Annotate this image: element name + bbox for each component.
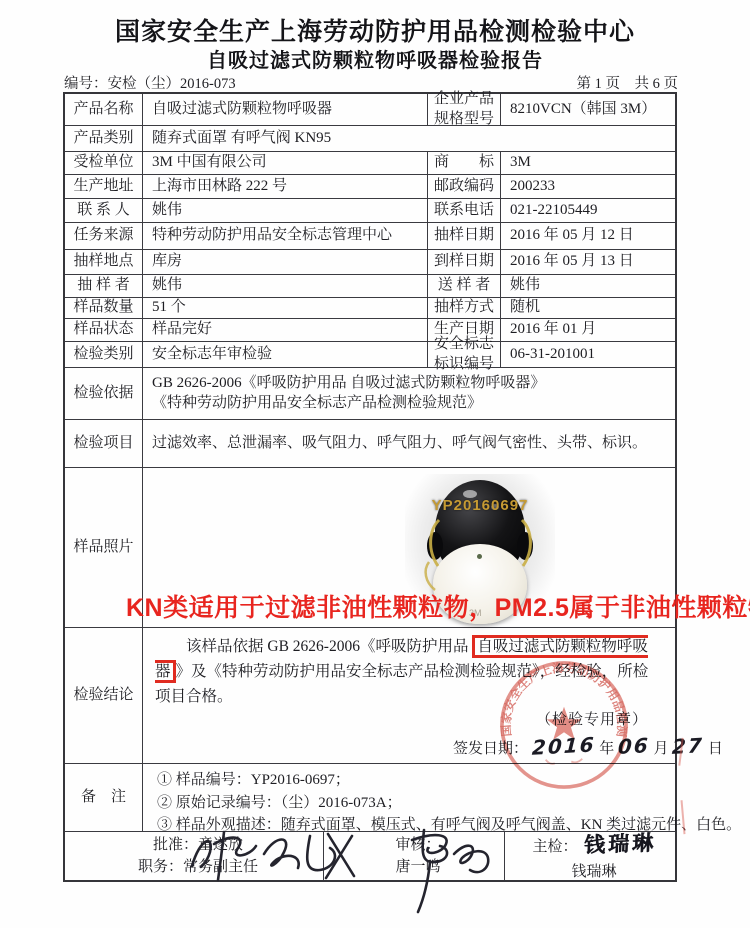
role-label: 职务：	[138, 859, 183, 875]
inspected-unit-label: 受检单位	[65, 152, 142, 174]
quantity-value: 51 个	[142, 298, 427, 318]
task-source-value: 特种劳动防护用品安全标志管理中心	[142, 223, 427, 249]
sign-date-label: 签发日期：	[453, 741, 528, 757]
contact-label: 联 系 人	[65, 199, 142, 222]
quantity-label: 样品数量	[65, 298, 142, 318]
sampling-date-label: 抽样日期	[427, 223, 500, 249]
chief-name-printed: 钱瑞琳	[571, 861, 616, 884]
document-number: 编号：安检（尘）2016-073	[64, 72, 236, 93]
postcode-label: 邮政编码	[427, 175, 500, 198]
contact-value: 姚伟	[142, 199, 427, 222]
photo-watermark: YP20160697	[405, 496, 555, 516]
category-label: 产品类别	[65, 126, 142, 151]
spec-label: 企业产品规格型号	[427, 94, 500, 125]
center-name-title: 国家安全生产上海劳动防护用品检测检验中心	[0, 12, 750, 48]
table-row: 产品名称 自吸过滤式防颗粒物呼吸器 企业产品规格型号 8210VCN（韩国 3M…	[65, 94, 675, 125]
chief-label: 主检：	[532, 839, 577, 855]
trademark-value: 3M	[500, 152, 675, 174]
sampler-value: 姚伟	[142, 275, 427, 297]
remark-item-2: ② 原始记录编号：（尘）2016-073A；	[157, 792, 741, 815]
chief-line: 主检：钱瑞琳	[532, 829, 655, 861]
trademark-label: 商 标	[427, 152, 500, 174]
role-line: 职务：常务副主任	[138, 856, 258, 879]
conclusion-pre: 该样品依据 GB 2626-2006《呼吸防护用品	[186, 638, 472, 655]
approve-label: 批准：	[153, 837, 198, 853]
sender-value: 姚伟	[500, 275, 675, 297]
approver-line: 批准：童遂放	[153, 834, 243, 857]
table-row: 抽 样 者 姚伟 送 样 者 姚伟	[65, 274, 675, 297]
mark-no-value: 06-31-201001	[500, 342, 675, 367]
table-row: 产品类别 随弃式面罩 有呼气阀 KN95	[65, 125, 675, 151]
items-value: 过滤效率、总泄漏率、吸气阻力、呼气阻力、呼气阀气密性、头带、标识。	[142, 420, 675, 467]
approve-name: 童遂放	[198, 837, 243, 853]
day-unit: 日	[708, 741, 723, 757]
basis-line-2: 《特种劳动防护用品安全标志产品检测检验规范》	[152, 394, 482, 414]
sample-state-label: 样品状态	[65, 319, 142, 341]
conclusion-label: 检验结论	[65, 628, 142, 763]
inspection-type-label: 检验类别	[65, 342, 142, 367]
sampling-method-label: 抽样方式	[427, 298, 500, 318]
table-row: 生产地址 上海市田林路 222 号 邮政编码 200233	[65, 174, 675, 198]
phone-label: 联系电话	[427, 199, 500, 222]
table-row: 检验依据 GB 2626-2006《呼吸防护用品 自吸过滤式防颗粒物呼吸器》 《…	[65, 367, 675, 419]
sampling-place-label: 抽样地点	[65, 250, 142, 274]
conclusion-cell: 该样品依据 GB 2626-2006《呼吸防护用品 自吸过滤式防颗粒物呼吸器》及…	[142, 628, 675, 763]
arrival-date-value: 2016 年 05 月 13 日	[500, 250, 675, 274]
page-number-info: 第 1 页 共 6 页	[577, 72, 679, 93]
table-row: 检验项目 过滤效率、总泄漏率、吸气阻力、呼气阻力、呼气阀气密性、头带、标识。	[65, 419, 675, 467]
product-name-label: 产品名称	[65, 94, 142, 125]
mark-no-label: 安全标志标识编号	[427, 342, 500, 367]
table-row: 抽样地点 库房 到样日期 2016 年 05 月 13 日	[65, 249, 675, 274]
sampling-method-value: 随机	[500, 298, 675, 318]
review-label: 审核：	[395, 834, 440, 857]
table-row: 受检单位 3M 中国有限公司 商 标 3M	[65, 151, 675, 174]
chief-inspector-cell: 主检：钱瑞琳 钱瑞琳	[504, 832, 675, 880]
conclusion-post: 》及《特种劳动防护用品安全标志产品检测检验规范》，经检验，所检项目合格。	[155, 663, 648, 705]
sampling-date-value: 2016 年 05 月 12 日	[500, 223, 675, 249]
handwritten-year: 2016	[531, 728, 596, 763]
basis-line-1: GB 2626-2006《呼吸防护用品 自吸过滤式防颗粒物呼吸器》	[152, 374, 545, 394]
handwritten-month: 06	[617, 729, 650, 763]
spec-value: 8210VCN（韩国 3M）	[500, 94, 675, 125]
sampler-label: 抽 样 者	[65, 275, 142, 297]
postcode-value: 200233	[500, 175, 675, 198]
table-row: 样品数量 51 个 抽样方式 随机	[65, 297, 675, 318]
inspection-report-page: 国家安全生产上海劳动防护用品检测检验中心 自吸过滤式防颗粒物呼吸器检验报告 编号…	[0, 0, 750, 928]
remark-item-1: ① 样品编号：YP2016-0697；	[157, 769, 741, 792]
conclusion-text: 该样品依据 GB 2626-2006《呼吸防护用品 自吸过滤式防颗粒物呼吸器》及…	[155, 635, 663, 709]
basis-value: GB 2626-2006《呼吸防护用品 自吸过滤式防颗粒物呼吸器》 《特种劳动防…	[142, 368, 675, 419]
mask-valve-dot	[477, 554, 482, 559]
remark-cell: ① 样品编号：YP2016-0697； ② 原始记录编号：（尘）2016-073…	[142, 764, 749, 831]
red-annotation-text: KN类适用于过滤非油性颗粒物，PM2.5属于非油性颗粒物	[126, 588, 750, 624]
phone-value: 021-22105449	[500, 199, 675, 222]
product-name-value: 自吸过滤式防颗粒物呼吸器	[142, 94, 427, 125]
sender-label: 送 样 者	[427, 275, 500, 297]
inspection-type-value: 安全标志年审检验	[142, 342, 427, 367]
table-row: 任务来源 特种劳动防护用品安全标志管理中心 抽样日期 2016 年 05 月 1…	[65, 222, 675, 249]
production-date-value: 2016 年 01 月	[500, 319, 675, 341]
remark-row: 备 注 ① 样品编号：YP2016-0697； ② 原始记录编号：（尘）2016…	[65, 763, 675, 831]
role-value: 常务副主任	[183, 859, 258, 875]
inspected-unit-value: 3M 中国有限公司	[142, 152, 427, 174]
month-unit: 月	[654, 741, 669, 757]
address-label: 生产地址	[65, 175, 142, 198]
arrival-date-label: 到样日期	[427, 250, 500, 274]
table-row: 联 系 人 姚伟 联系电话 021-22105449	[65, 198, 675, 222]
remark-label: 备 注	[65, 764, 142, 831]
report-table: 产品名称 自吸过滤式防颗粒物呼吸器 企业产品规格型号 8210VCN（韩国 3M…	[63, 92, 677, 882]
review-name: 唐一鸣	[395, 856, 440, 879]
basis-label: 检验依据	[65, 368, 142, 419]
year-unit: 年	[599, 741, 614, 757]
items-label: 检验项目	[65, 420, 142, 467]
category-value: 随弃式面罩 有呼气阀 KN95	[142, 126, 675, 151]
task-source-label: 任务来源	[65, 223, 142, 249]
conclusion-row: 检验结论 该样品依据 GB 2626-2006《呼吸防护用品 自吸过滤式防颗粒物…	[65, 627, 675, 763]
address-value: 上海市田林路 222 号	[142, 175, 427, 198]
approver-cell: 批准：童遂放 职务：常务副主任	[65, 832, 323, 880]
sampling-place-value: 库房	[142, 250, 427, 274]
table-row: 样品状态 样品完好 生产日期 2016 年 01 月	[65, 318, 675, 341]
report-title: 自吸过滤式防颗粒物呼吸器检验报告	[0, 44, 750, 73]
signature-row: 批准：童遂放 职务：常务副主任 审核： 唐一鸣 主检：钱瑞琳 钱瑞琳	[65, 831, 675, 880]
table-row: 检验类别 安全标志年审检验 安全标志标识编号 06-31-201001	[65, 341, 675, 367]
handwritten-day: 27	[671, 729, 704, 763]
chief-handwritten-signature: 钱瑞琳	[583, 828, 656, 862]
reviewer-cell: 审核： 唐一鸣	[323, 832, 504, 880]
sample-state-value: 样品完好	[142, 319, 427, 341]
